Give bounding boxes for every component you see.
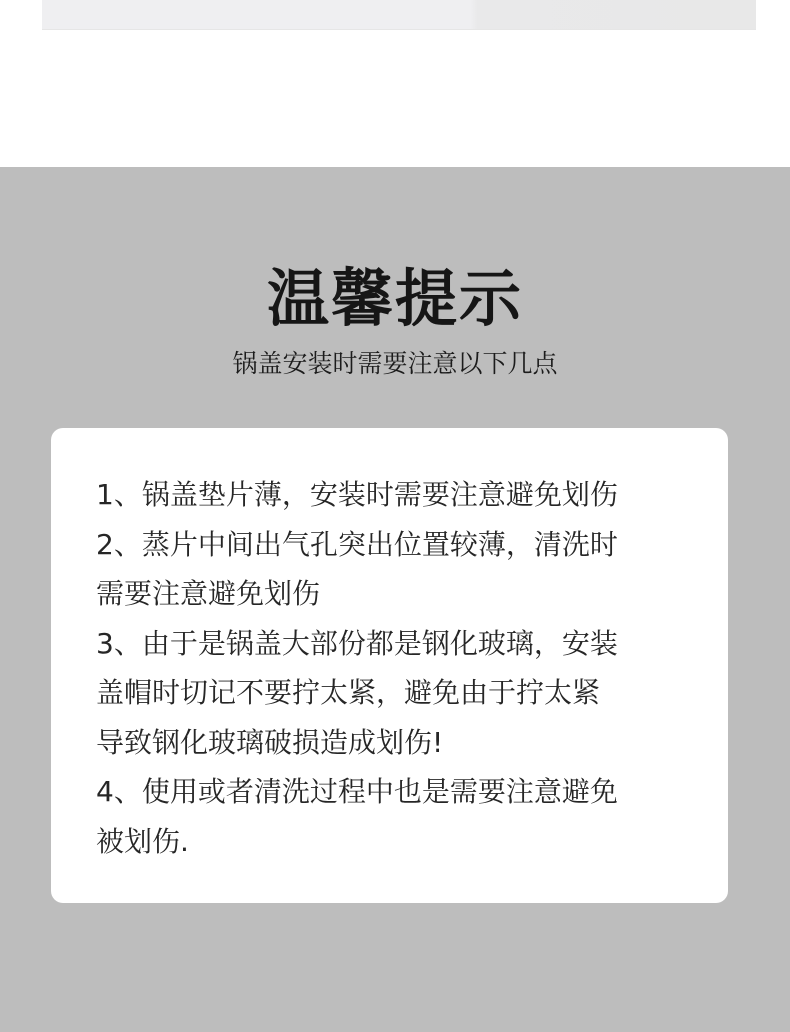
section-subtitle: 锅盖安装时需要注意以下几点 [0,346,790,382]
tip-line: 2、蒸片中间出气孔突出位置较薄，清洗时 [96,520,696,570]
tip-line: 4、使用或者清洗过程中也是需要注意避免 [96,767,696,817]
tips-list: 1、锅盖垫片薄，安装时需要注意避免划伤 2、蒸片中间出气孔突出位置较薄，清洗时 … [96,470,696,866]
tip-line: 1、锅盖垫片薄，安装时需要注意避免划伤 [96,470,696,520]
section-title: 温馨提示 [0,262,790,336]
tip-line: 被划伤. [96,817,696,867]
tip-line: 需要注意避免划伤 [96,569,696,619]
tip-line: 3、由于是锅盖大部份都是钢化玻璃，安装 [96,619,696,669]
tip-line: 盖帽时切记不要拧太紧，避免由于拧太紧 [96,668,696,718]
top-image-strip [42,0,756,30]
tip-line: 导致钢化玻璃破损造成划伤! [96,718,696,768]
